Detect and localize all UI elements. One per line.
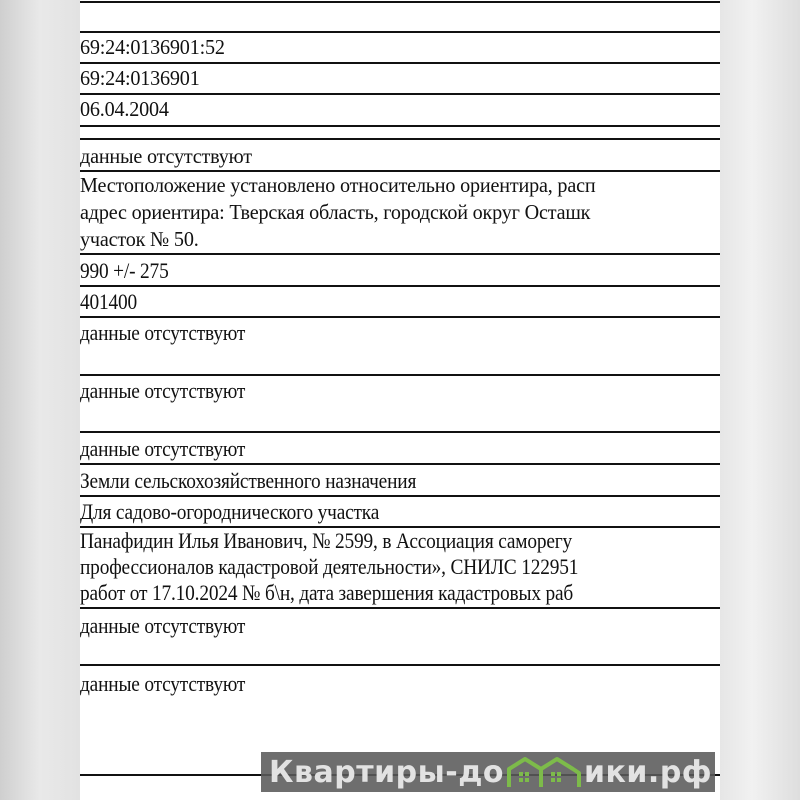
area-cell: 990 +/- 275 — [80, 256, 661, 285]
site-watermark: Квартиры-до ики.рф — [261, 752, 715, 792]
cadastral-quarter-cell: 69:24:0136901 — [80, 64, 714, 93]
land-category-cell: Земли сельскохозяйственного назначения — [80, 466, 661, 495]
house-icon — [506, 756, 582, 788]
table-rule — [80, 138, 720, 140]
location-cell: Местоположение установлено относительно … — [80, 172, 714, 253]
cadastral-engineer-cell: Панафидин Илья Иванович, № 2599, в Ассоц… — [80, 528, 661, 606]
related-objects-cell: данные отсутствуют — [80, 434, 661, 463]
watermark-text-end: ики.рф — [584, 755, 712, 790]
permitted-use-cell: Для садово-огороднического участка — [80, 497, 661, 526]
buildings-in-plot-cell: данные отсутствуют — [80, 318, 661, 347]
zone-info-cell: данные отсутствуют — [80, 669, 661, 698]
watermark-text-start: Квартиры-до — [269, 755, 504, 790]
objects-in-plot-cell: данные отсутствуют — [80, 376, 661, 405]
table-rule — [80, 125, 720, 127]
left-margin — [0, 0, 80, 800]
table-rule — [80, 431, 720, 433]
previous-numbers-cell: данные отсутствуют — [80, 142, 714, 171]
cadastral-number-cell: 69:24:0136901:52 — [80, 33, 714, 62]
forestry-info-cell: данные отсутствуют — [80, 611, 661, 640]
cadastral-value-cell: 401400 — [80, 287, 661, 316]
assignment-date-cell: 06.04.2004 — [80, 95, 714, 124]
table-rule — [80, 253, 720, 255]
table-rule — [80, 1, 720, 3]
right-margin — [720, 0, 800, 800]
table-rule — [80, 664, 720, 666]
table-rule — [80, 607, 720, 609]
document-page: 69:24:0136901:52 69:24:0136901 06.04.200… — [80, 0, 720, 800]
table-rule — [80, 463, 720, 465]
